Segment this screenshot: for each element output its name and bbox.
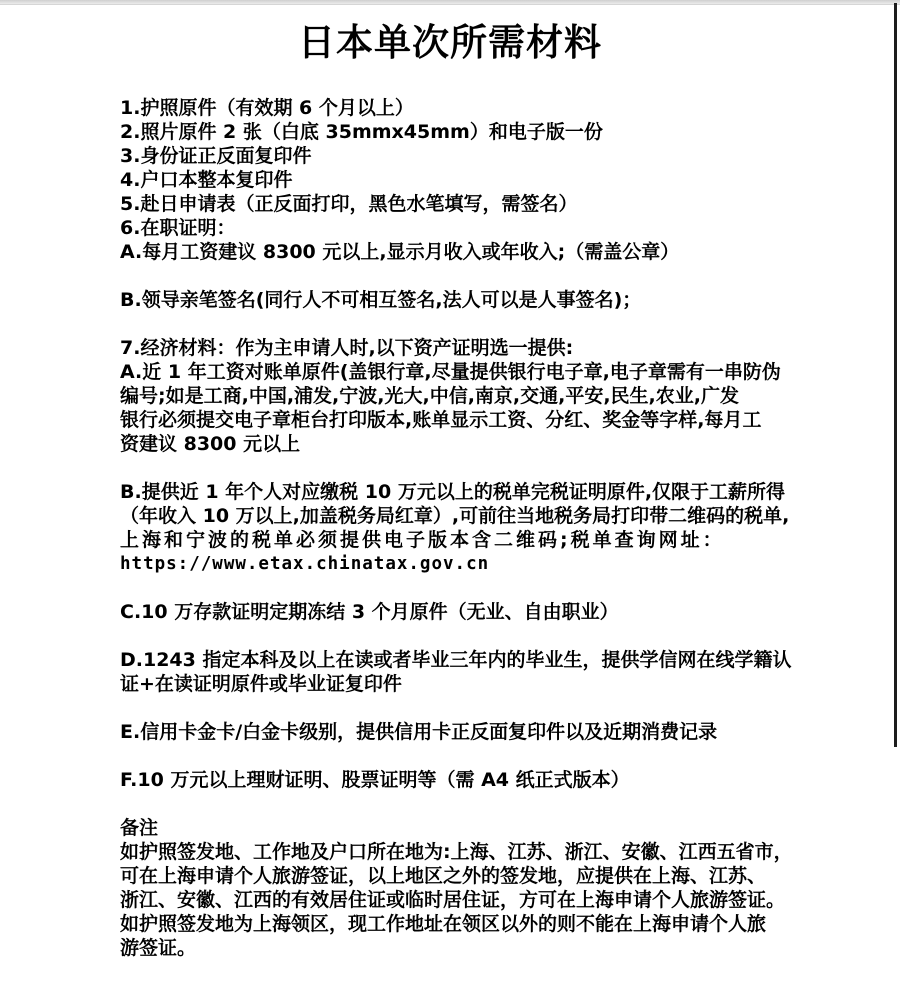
checklist-item-1: 1.护照原件（有效期 6 个月以上） <box>120 96 882 120</box>
economic-heading: 7.经济材料：作为主申请人时,以下资产证明选一提供: <box>120 336 882 360</box>
notes-heading: 备注 <box>120 816 882 840</box>
window-top-edge-bar <box>0 0 900 5</box>
tax-query-url: https://www.etax.chinatax.gov.cn <box>120 552 882 576</box>
checklist-item-4: 4.户口本整本复印件 <box>120 168 882 192</box>
page-title: 日本单次所需材料 <box>0 12 900 66</box>
notes-line-4: 如护照签发地为上海领区，现工作地址在领区以外的则不能在上海申请个人旅 <box>120 912 882 936</box>
checklist-item-3: 3.身份证正反面复印件 <box>120 144 882 168</box>
economic-option-d-line-2: 证+在读证明原件或毕业证复印件 <box>120 672 882 696</box>
economic-option-b-line-3: 上海和宁波的税单必须提供电子版本含二维码;税单查询网址： <box>120 528 882 552</box>
notes-line-1: 如护照签发地、工作地及户口所在地为:上海、江苏、浙江、安徽、江西五省市， <box>120 840 882 864</box>
employment-heading: 6.在职证明： <box>120 216 882 240</box>
notes-line-3: 浙江、安徽、江西的有效居住证或临时居住证，方可在上海申请个人旅游签证。 <box>120 888 882 912</box>
economic-option-d-line-1: D.1243 指定本科及以上在读或者毕业三年内的毕业生，提供学信网在线学籍认 <box>120 648 882 672</box>
economic-option-b-line-1: B.提供近 1 年个人对应缴税 10 万元以上的税单完税证明原件,仅限于工薪所得 <box>120 480 882 504</box>
economic-option-a-line-1: A.近 1 年工资对账单原件(盖银行章,尽量提供银行电子章,电子章需有一串防伪 <box>120 360 882 384</box>
document-body: 1.护照原件（有效期 6 个月以上） 2.照片原件 2 张（白底 35mmx45… <box>120 96 882 960</box>
economic-option-a-line-4: 资建议 8300 元以上 <box>120 432 882 456</box>
employment-option-b: B.领导亲笔签名(同行人不可相互签名,法人可以是人事签名)； <box>120 288 882 312</box>
economic-option-a-line-3: 银行必须提交电子章柜台打印版本,账单显示工资、分红、奖金等字样,每月工 <box>120 408 882 432</box>
notes-line-5: 游签证。 <box>120 936 882 960</box>
economic-option-e: E.信用卡金卡/白金卡级别，提供信用卡正反面复印件以及近期消费记录 <box>120 720 882 744</box>
economic-option-b-line-2: （年收入 10 万以上,加盖税务局红章）,可前往当地税务局打印带二维码的税单, <box>120 504 882 528</box>
page-right-border <box>894 3 897 747</box>
employment-option-a: A.每月工资建议 8300 元以上,显示月收入或年收入;（需盖公章） <box>120 240 882 264</box>
economic-option-a-line-2: 编号;如是工商,中国,浦发,宁波,光大,中信,南京,交通,平安,民生,农业,广发 <box>120 384 882 408</box>
economic-option-c: C.10 万存款证明定期冻结 3 个月原件（无业、自由职业） <box>120 600 882 624</box>
notes-line-2: 可在上海申请个人旅游签证，以上地区之外的签发地，应提供在上海、江苏、 <box>120 864 882 888</box>
economic-option-f: F.10 万元以上理财证明、股票证明等（需 A4 纸正式版本） <box>120 768 882 792</box>
checklist-item-5: 5.赴日申请表（正反面打印，黑色水笔填写，需签名） <box>120 192 882 216</box>
checklist-item-2: 2.照片原件 2 张（白底 35mmx45mm）和电子版一份 <box>120 120 882 144</box>
